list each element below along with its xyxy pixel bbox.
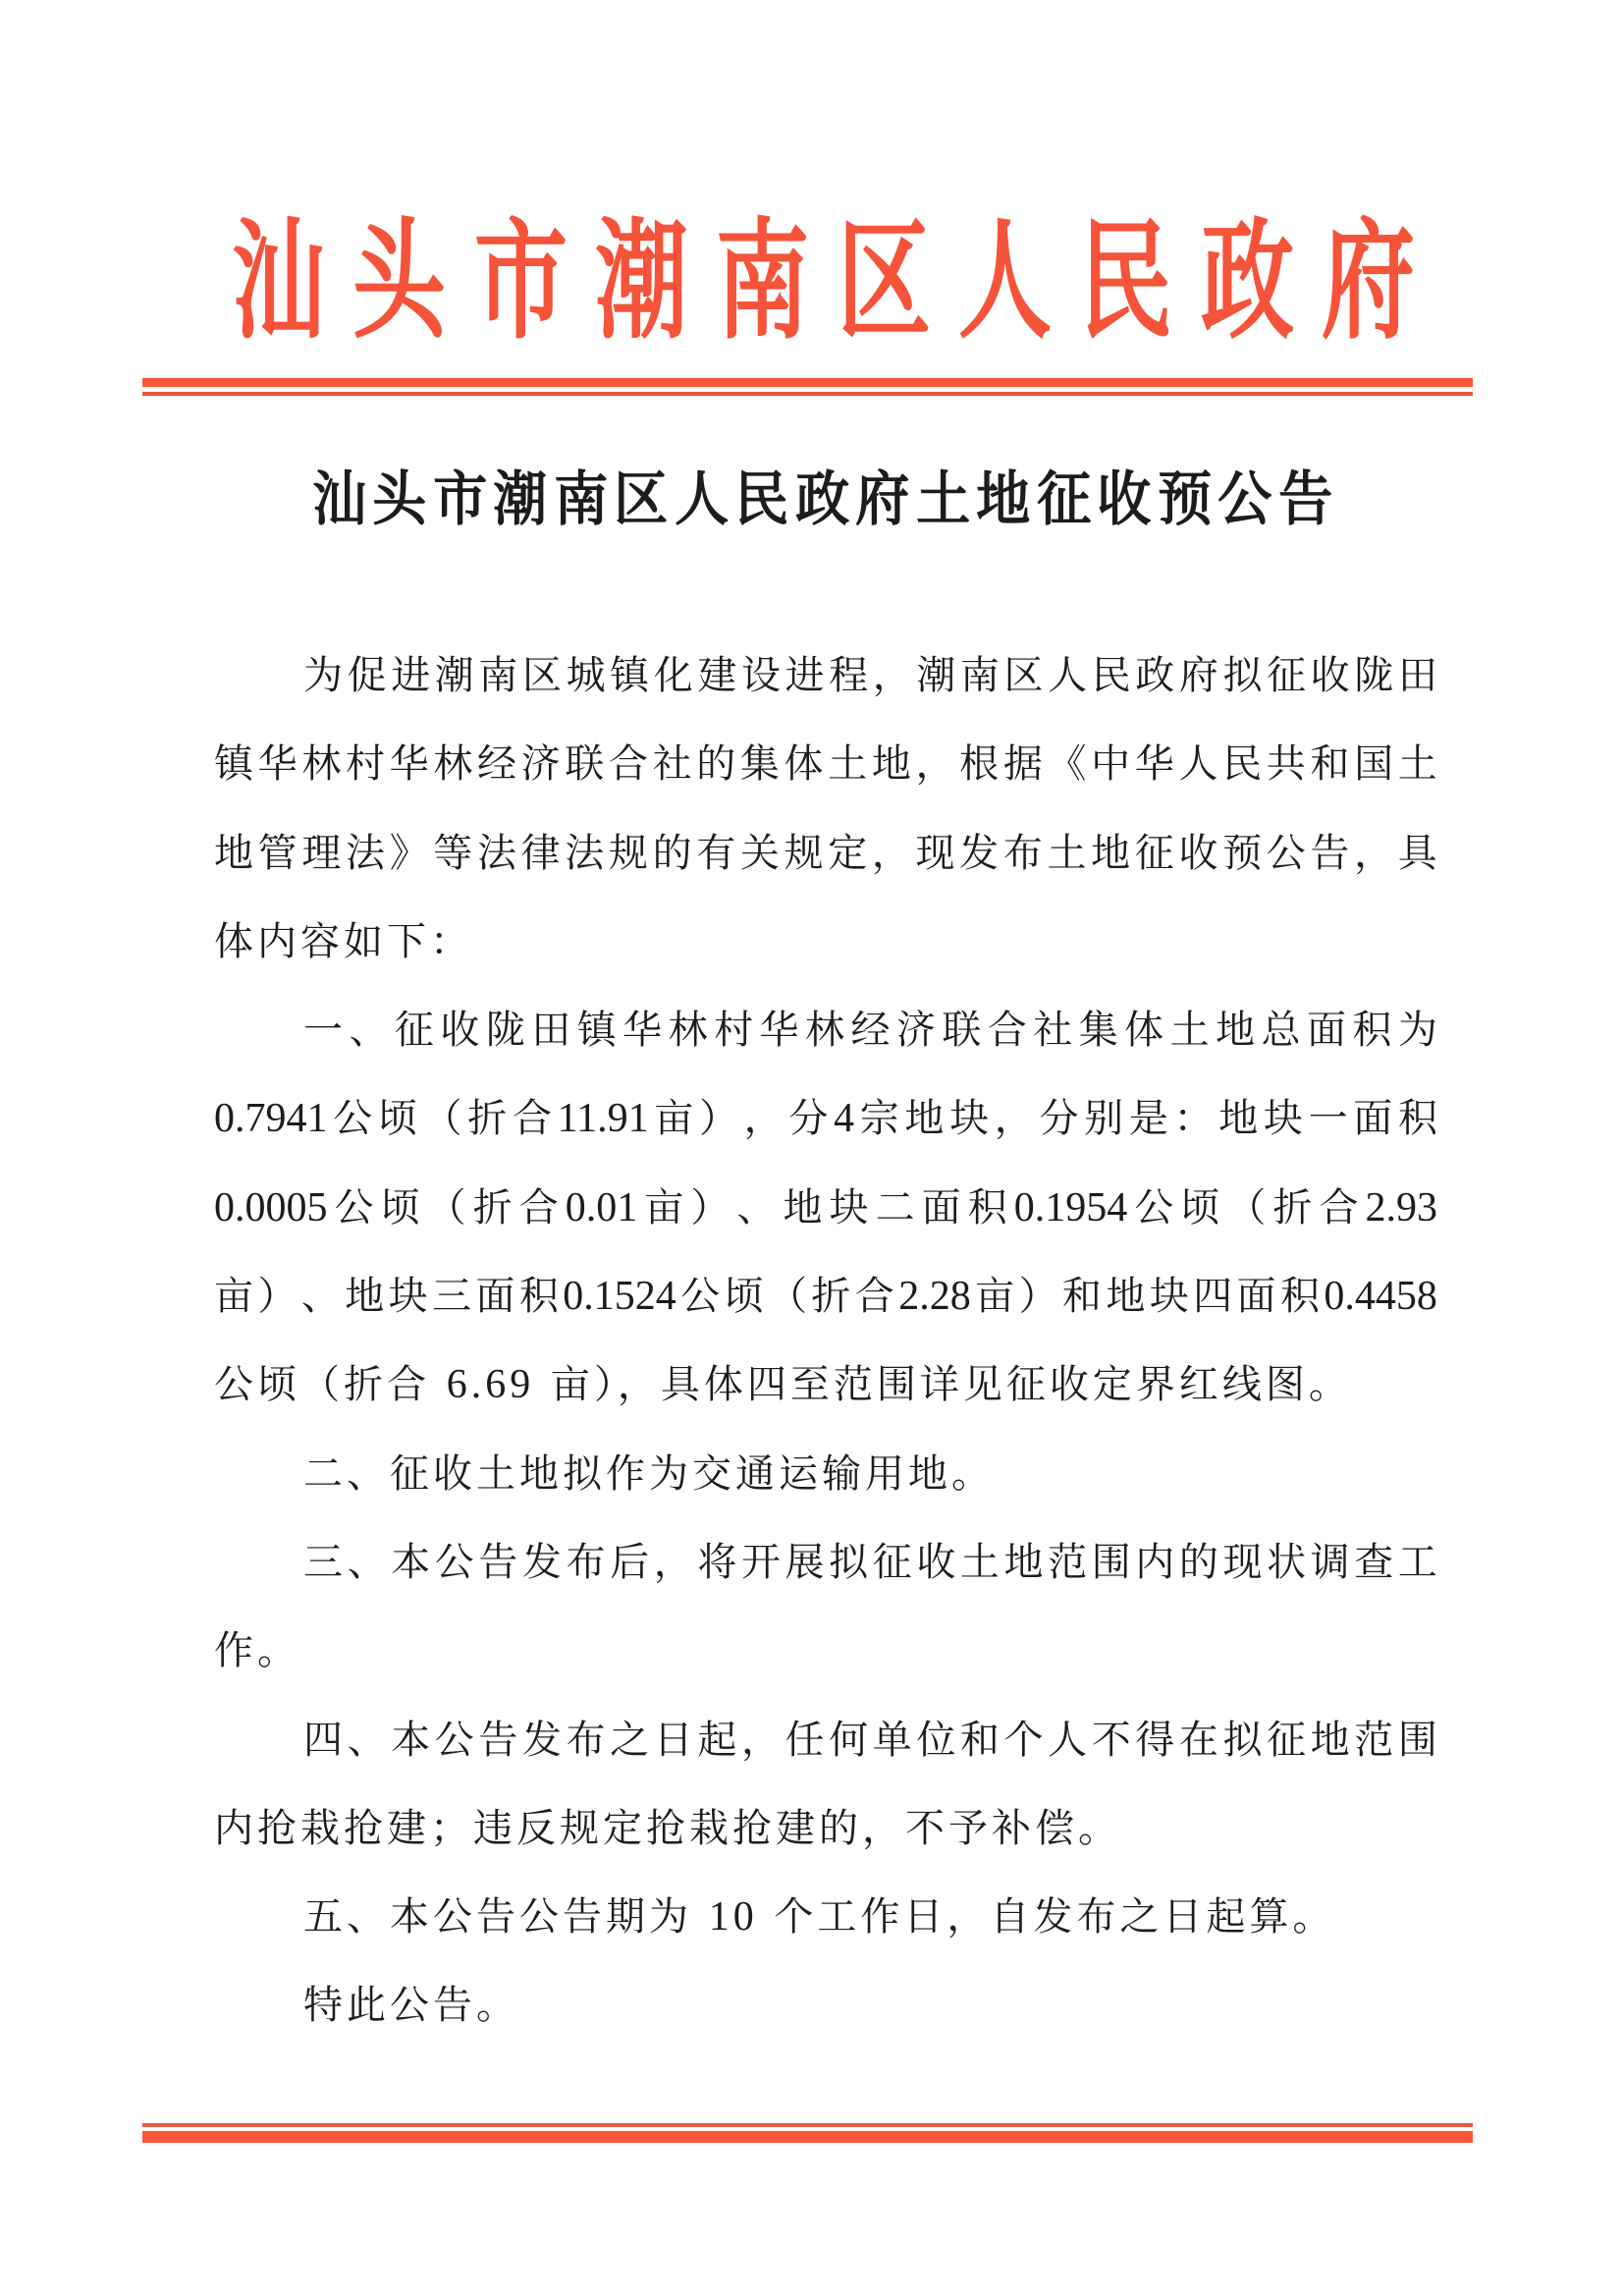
body-line: 体内容如下： xyxy=(214,898,1437,986)
document-title-char: 市 xyxy=(432,465,488,534)
masthead-title: 汕头市潮南区人民政府 xyxy=(218,208,1406,355)
document-title: 汕头市潮南区人民政府土地征收预公告 xyxy=(309,465,1335,534)
document-title-char: 府 xyxy=(855,465,911,534)
body-line: 一、征收陇田镇华林村华林经济联合社集体土地总面积为 xyxy=(214,986,1437,1074)
document-title-char: 政 xyxy=(794,465,850,534)
footer-rule-thick xyxy=(142,2131,1473,2143)
masthead-char: 政 xyxy=(1201,208,1271,355)
body-line-text: 作。 xyxy=(214,1607,1437,1695)
masthead-char: 南 xyxy=(716,208,786,355)
body-line-text: 五、本公告公告期为 10 个工作日，自发布之日起算。 xyxy=(303,1873,1437,1961)
masthead-rule-thick xyxy=(142,378,1473,387)
masthead-char: 人 xyxy=(958,208,1029,355)
body-line-text: 地管理法》等法律法规的有关规定，现发布土地征收预公告，具 xyxy=(214,809,1437,898)
body-line-text: 镇华林村华林经济联合社的集体土地，根据《中华人民共和国土 xyxy=(214,720,1437,808)
masthead-char: 潮 xyxy=(595,208,666,355)
body-line-text: 为促进潮南区城镇化建设进程，潮南区人民政府拟征收陇田 xyxy=(303,631,1437,720)
document-title-char: 土 xyxy=(915,465,971,534)
body-line: 五、本公告公告期为 10 个工作日，自发布之日起算。 xyxy=(214,1873,1437,1961)
document-title-char: 头 xyxy=(372,465,428,534)
body-line-text: 一、征收陇田镇华林村华林经济联合社集体土地总面积为 xyxy=(303,986,1437,1074)
document-title-char: 告 xyxy=(1277,465,1333,534)
body-line-text: 三、本公告发布后，将开展拟征收土地范围内的现状调查工 xyxy=(303,1518,1437,1607)
document-title-char: 收 xyxy=(1097,465,1153,534)
masthead-char: 头 xyxy=(352,208,423,355)
masthead-char: 民 xyxy=(1079,208,1150,355)
body-line-text: 亩）、地块三面积0.1524公顷（折合2.28亩）和地块四面积0.4458 xyxy=(214,1252,1437,1340)
body-line: 地管理法》等法律法规的有关规定，现发布土地征收预公告，具 xyxy=(214,809,1437,898)
body-line-text: 公顷（折合 6.69 亩），具体四至范围详见征收定界红线图。 xyxy=(214,1340,1437,1429)
document-title-char: 人 xyxy=(674,465,730,534)
body-line-text: 0.0005公顷（折合0.01亩）、地块二面积0.1954公顷（折合2.93 xyxy=(214,1164,1437,1252)
masthead-char: 区 xyxy=(838,208,908,355)
body-line: 三、本公告发布后，将开展拟征收土地范围内的现状调查工 xyxy=(214,1518,1437,1607)
document-title-char: 南 xyxy=(553,465,609,534)
document-title-char: 地 xyxy=(976,465,1032,534)
body-line: 二、征收土地拟作为交通运输用地。 xyxy=(214,1430,1437,1518)
body-line-text: 0.7941公顷（折合11.91亩），分4宗地块，分别是：地块一面积 xyxy=(214,1074,1437,1163)
document-title-char: 民 xyxy=(734,465,790,534)
footer-rule-thin xyxy=(142,2123,1473,2127)
document-title-char: 区 xyxy=(614,465,670,534)
masthead-rule-thin xyxy=(142,392,1473,396)
body-line-text: 体内容如下： xyxy=(214,898,1437,986)
document-title-char: 汕 xyxy=(311,465,367,534)
body-line: 特此公告。 xyxy=(214,1961,1437,2050)
masthead-char: 市 xyxy=(474,208,545,355)
document-title-char: 预 xyxy=(1157,465,1213,534)
masthead-char: 汕 xyxy=(232,208,302,355)
body-line: 亩）、地块三面积0.1524公顷（折合2.28亩）和地块四面积0.4458 xyxy=(214,1252,1437,1340)
body-line: 四、本公告发布之日起，任何单位和个人不得在拟征地范围 xyxy=(214,1696,1437,1784)
body-line: 公顷（折合 6.69 亩），具体四至范围详见征收定界红线图。 xyxy=(214,1340,1437,1429)
body-line-text: 二、征收土地拟作为交通运输用地。 xyxy=(303,1430,1437,1518)
body-line-text: 特此公告。 xyxy=(303,1961,1437,2050)
body-line: 镇华林村华林经济联合社的集体土地，根据《中华人民共和国土 xyxy=(214,720,1437,808)
body-line: 作。 xyxy=(214,1607,1437,1695)
document-title-char: 潮 xyxy=(493,465,549,534)
body-line: 0.0005公顷（折合0.01亩）、地块二面积0.1954公顷（折合2.93 xyxy=(214,1164,1437,1252)
body-line: 内抢栽抢建；违反规定抢栽抢建的，不予补偿。 xyxy=(214,1784,1437,1873)
body-line: 为促进潮南区城镇化建设进程，潮南区人民政府拟征收陇田 xyxy=(214,631,1437,720)
body-line: 0.7941公顷（折合11.91亩），分4宗地块，分别是：地块一面积 xyxy=(214,1074,1437,1163)
masthead-char: 府 xyxy=(1322,208,1392,355)
document-body: 为促进潮南区城镇化建设进程，潮南区人民政府拟征收陇田镇华林村华林经济联合社的集体… xyxy=(214,631,1437,2050)
document-title-char: 公 xyxy=(1217,465,1272,534)
document-title-char: 征 xyxy=(1036,465,1092,534)
document-page: 汕头市潮南区人民政府 汕头市潮南区人民政府土地征收预公告 为促进潮南区城镇化建设… xyxy=(0,0,1623,2296)
body-line-text: 四、本公告发布之日起，任何单位和个人不得在拟征地范围 xyxy=(303,1696,1437,1784)
body-line-text: 内抢栽抢建；违反规定抢栽抢建的，不予补偿。 xyxy=(214,1784,1437,1873)
